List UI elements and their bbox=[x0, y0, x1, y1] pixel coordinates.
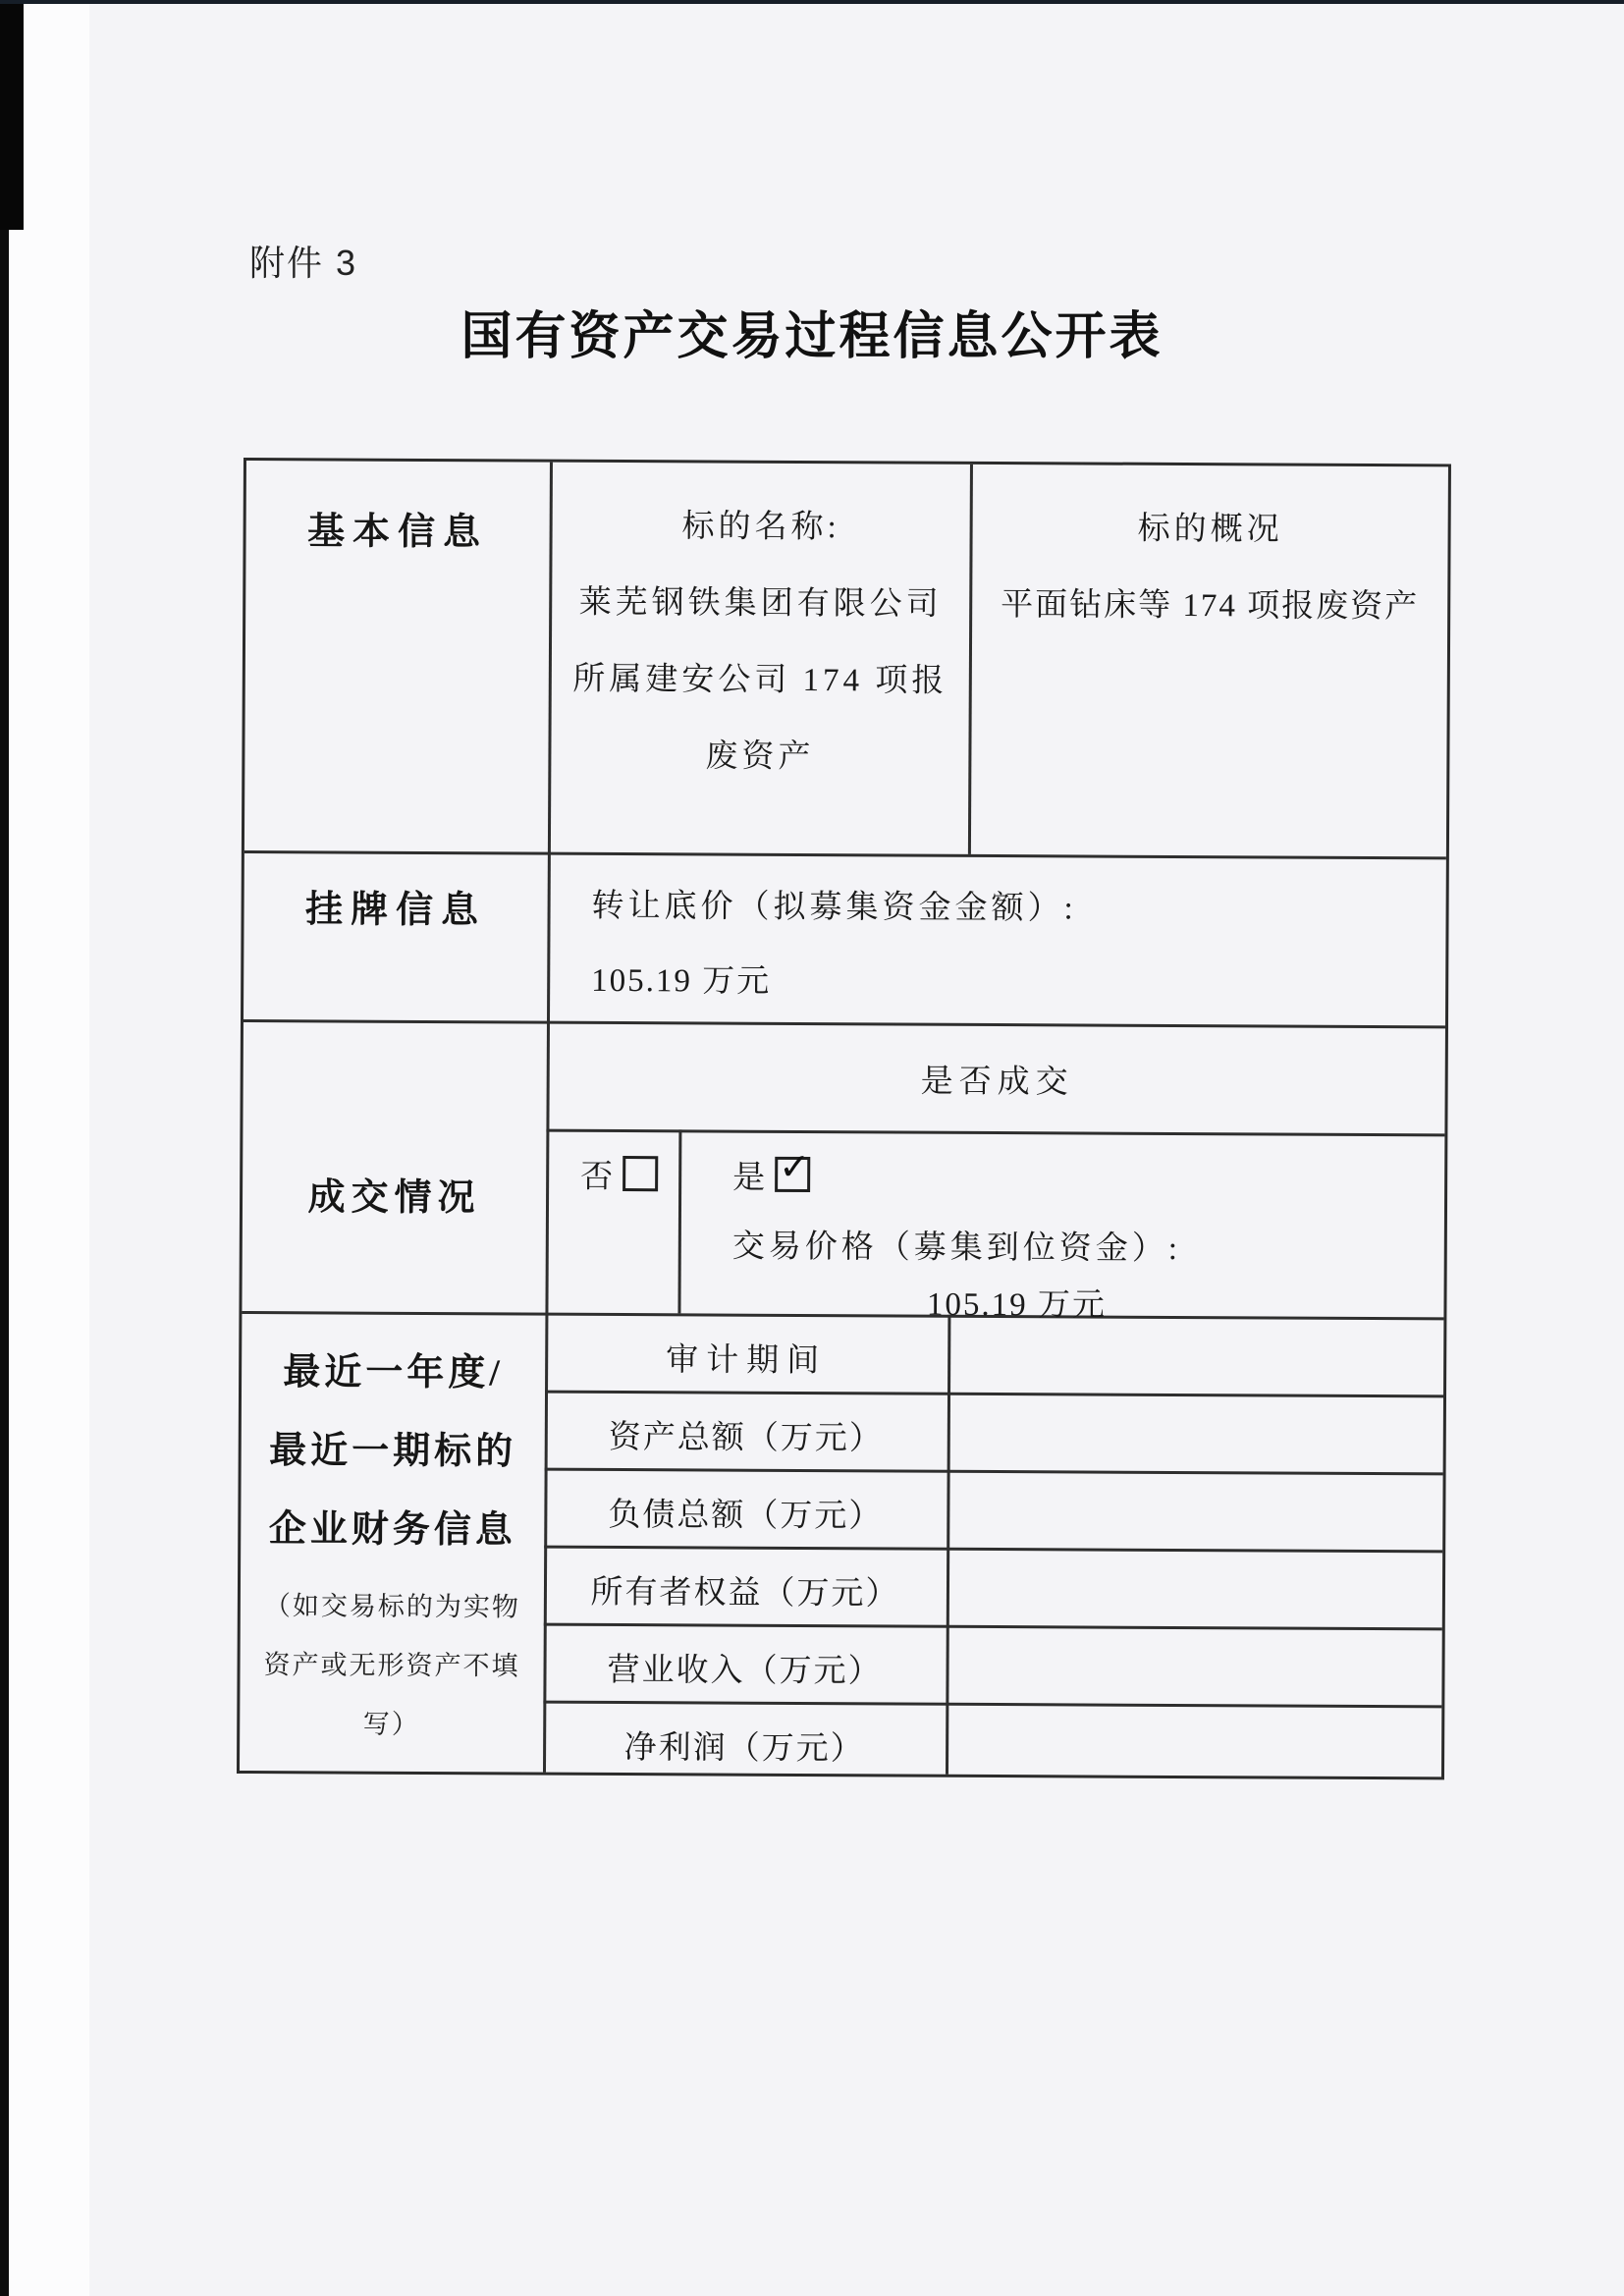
target-overview-header: 标的概况 bbox=[973, 502, 1448, 551]
financial-value-operating-revenue bbox=[948, 1628, 1441, 1706]
target-overview-value: 平面钻床等 174 项报废资产 bbox=[972, 578, 1447, 628]
disclosure-form-table: 基本信息 标的名称: 莱芜钢铁集团有限公司 所属建安公司 174 项报 废资产 … bbox=[237, 458, 1451, 1779]
financial-label-line3: 企业财务信息 bbox=[241, 1498, 544, 1554]
deal-info-row-label: 成交情况 bbox=[243, 1166, 546, 1222]
deal-no-label: 否 bbox=[580, 1160, 617, 1195]
listing-info-cell: 转让底价（拟募集资金金额）: 105.19 万元 bbox=[550, 852, 1446, 1026]
financial-note-line2: 资产或无形资产不填 bbox=[240, 1643, 543, 1683]
financial-value-net-profit bbox=[948, 1706, 1441, 1777]
financial-row-label-net-profit: 净利润（万元） bbox=[546, 1722, 943, 1770]
basic-info-row-label: 基本信息 bbox=[245, 500, 549, 556]
no-checkbox-unchecked bbox=[623, 1156, 658, 1191]
target-name-cell: 标的名称: 莱芜钢铁集团有限公司 所属建安公司 174 项报 废资产 bbox=[551, 463, 970, 854]
target-name-line1: 莱芜钢铁集团有限公司 bbox=[552, 576, 969, 625]
check-mark-icon: ✓ bbox=[779, 1148, 814, 1185]
listing-info-row-label: 挂牌信息 bbox=[244, 878, 547, 934]
financial-value-total-liabilities bbox=[949, 1473, 1442, 1551]
financial-value-total-assets bbox=[950, 1395, 1443, 1473]
deal-yes-option: 是✓ bbox=[732, 1152, 810, 1198]
deal-header-cell: 是否成交 bbox=[550, 1054, 1445, 1105]
yes-checkbox-checked: ✓ bbox=[775, 1157, 810, 1192]
listing-price-value: 105.19 万元 bbox=[591, 955, 771, 1002]
financial-label-line2: 最近一期标的 bbox=[242, 1419, 545, 1475]
target-name-line2: 所属建安公司 174 项报 bbox=[552, 653, 969, 701]
deal-price-label: 交易价格（募集到位资金）: bbox=[732, 1221, 1181, 1269]
target-overview-cell: 标的概况 平面钻床等 174 项报废资产 bbox=[971, 465, 1448, 857]
financial-row-label-audit-period: 审计期间 bbox=[548, 1334, 945, 1382]
scan-top-edge-artifact bbox=[0, 0, 1624, 4]
deal-yes-cell: 是✓ 交易价格（募集到位资金）: 105.19 万元 bbox=[680, 1129, 1444, 1317]
scan-left-corner-artifact bbox=[0, 0, 24, 230]
financial-info-row-label-cell: 最近一年度/ 最近一期标的 企业财务信息 （如交易标的为实物 资产或无形资产不填… bbox=[240, 1311, 545, 1773]
financial-row-label-operating-revenue: 营业收入（万元） bbox=[546, 1644, 943, 1692]
financial-value-audit-period bbox=[950, 1318, 1443, 1395]
financial-value-owner-equity bbox=[949, 1551, 1442, 1628]
listing-price-label: 转让底价（拟募集资金金额）: bbox=[592, 880, 1077, 929]
deal-no-cell: 否 bbox=[548, 1129, 678, 1314]
financial-row-label-total-assets: 资产总额（万元） bbox=[548, 1411, 945, 1459]
financial-row-label-owner-equity: 所有者权益（万元） bbox=[547, 1566, 944, 1614]
financial-note-line3: 写） bbox=[240, 1702, 543, 1742]
attachment-label: 附件 3 bbox=[249, 236, 357, 286]
target-name-header: 标的名称: bbox=[553, 500, 970, 548]
financial-label-line1: 最近一年度/ bbox=[242, 1340, 545, 1396]
financial-row-label-total-liabilities: 负债总额（万元） bbox=[547, 1489, 944, 1537]
target-name-line3: 废资产 bbox=[551, 730, 968, 778]
page-title: 国有资产交易过程信息公开表 bbox=[0, 295, 1624, 368]
financial-note-line1: （如交易标的为实物 bbox=[241, 1584, 544, 1624]
deal-yes-label: 是 bbox=[732, 1161, 769, 1196]
deal-no-option: 否 bbox=[580, 1151, 658, 1197]
